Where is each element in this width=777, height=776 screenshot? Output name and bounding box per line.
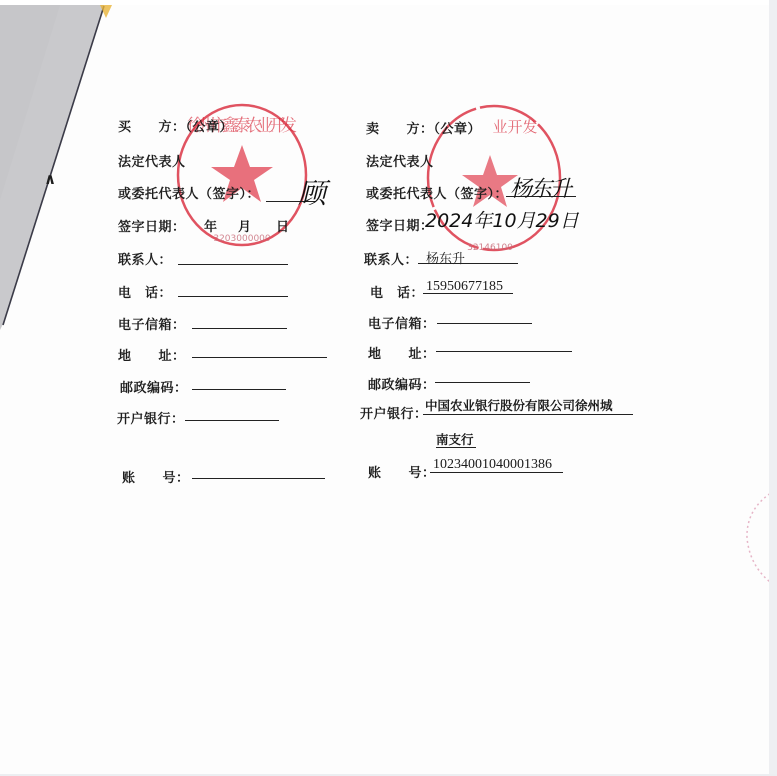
seller-bank-line1[interactable] [423, 414, 633, 415]
buyer-bank-label: 开户银行： [117, 408, 185, 427]
underlying-page-edge [0, 0, 120, 340]
buyer-date-label: 签字日期： [118, 216, 186, 235]
buyer-bank-line[interactable] [185, 420, 279, 421]
buyer-contact-label: 联系人： [118, 249, 172, 268]
buyer-postcode-line[interactable] [192, 389, 286, 390]
seller-account-line[interactable] [430, 472, 563, 473]
seller-contact-line[interactable] [418, 263, 518, 264]
buyer-contact-line[interactable] [178, 264, 288, 265]
seller-email-line[interactable] [437, 323, 532, 324]
buyer-address-label: 地 址： [118, 345, 186, 364]
buyer-phone-line[interactable] [178, 296, 288, 297]
seller-contact-label: 联系人： [364, 249, 418, 268]
margin-mark: ∧ [44, 170, 57, 188]
seller-party-label: 卖 方：（公章） [366, 118, 481, 137]
seller-legal-rep-label: 法定代表人 [366, 151, 434, 170]
seller-address-line[interactable] [436, 351, 572, 352]
buyer-agent-label: 或委托代表人（签字）： [118, 183, 260, 202]
seller-contact-value: 杨东升 [426, 248, 465, 267]
document-page: ∧ 徐州市鑫泰农业开发 3203000000 业开发 32146100 买 方：… [0, 0, 777, 776]
buyer-address-line[interactable] [192, 357, 327, 358]
scan-right-edge [769, 0, 777, 776]
seller-seal-code: 32146100 [467, 243, 513, 253]
buyer-email-line[interactable] [192, 328, 287, 329]
seller-agent-label: 或委托代表人（签字）： [366, 183, 508, 202]
seller-account-label: 账 号： [368, 462, 436, 481]
seller-date-label: 签字日期： [366, 215, 434, 234]
seller-address-label: 地 址： [368, 343, 436, 362]
buyer-date-year-unit: 年 [204, 216, 218, 235]
buyer-account-label: 账 号： [122, 467, 190, 486]
buyer-party-label: 买 方：（公章） [118, 116, 233, 135]
buyer-email-label: 电子信箱： [118, 314, 186, 333]
seller-postcode-line[interactable] [435, 382, 530, 383]
seller-phone-label: 电 话： [370, 282, 424, 301]
seller-email-label: 电子信箱： [368, 313, 436, 332]
buyer-date-day-unit: 日 [276, 216, 290, 235]
buyer-legal-rep-label: 法定代表人 [118, 151, 186, 170]
buyer-seal-code: 3203000000 [213, 234, 271, 244]
seller-phone-line[interactable] [423, 293, 513, 294]
buyer-account-line[interactable] [192, 478, 325, 479]
seller-bank-value-line1: 中国农业银行股份有限公司徐州城 [425, 396, 613, 414]
seller-bank-line2[interactable] [436, 447, 476, 448]
seller-date-value: 2024年10月29日 [425, 206, 579, 233]
buyer-agent-signature: 顾 [298, 172, 326, 212]
seller-seal-text: 业开发 [492, 118, 537, 136]
buyer-date-month-unit: 月 [238, 216, 252, 235]
buyer-postcode-label: 邮政编码： [120, 377, 188, 396]
seller-postcode-label: 邮政编码： [368, 374, 436, 393]
buyer-phone-label: 电 话： [118, 282, 172, 301]
seller-agent-signature: 杨东升 [510, 172, 570, 203]
seller-bank-value-line2: 南支行 [436, 430, 474, 448]
seller-bank-label: 开户银行： [360, 403, 428, 422]
seller-account-value: 10234001040001386 [433, 457, 552, 473]
